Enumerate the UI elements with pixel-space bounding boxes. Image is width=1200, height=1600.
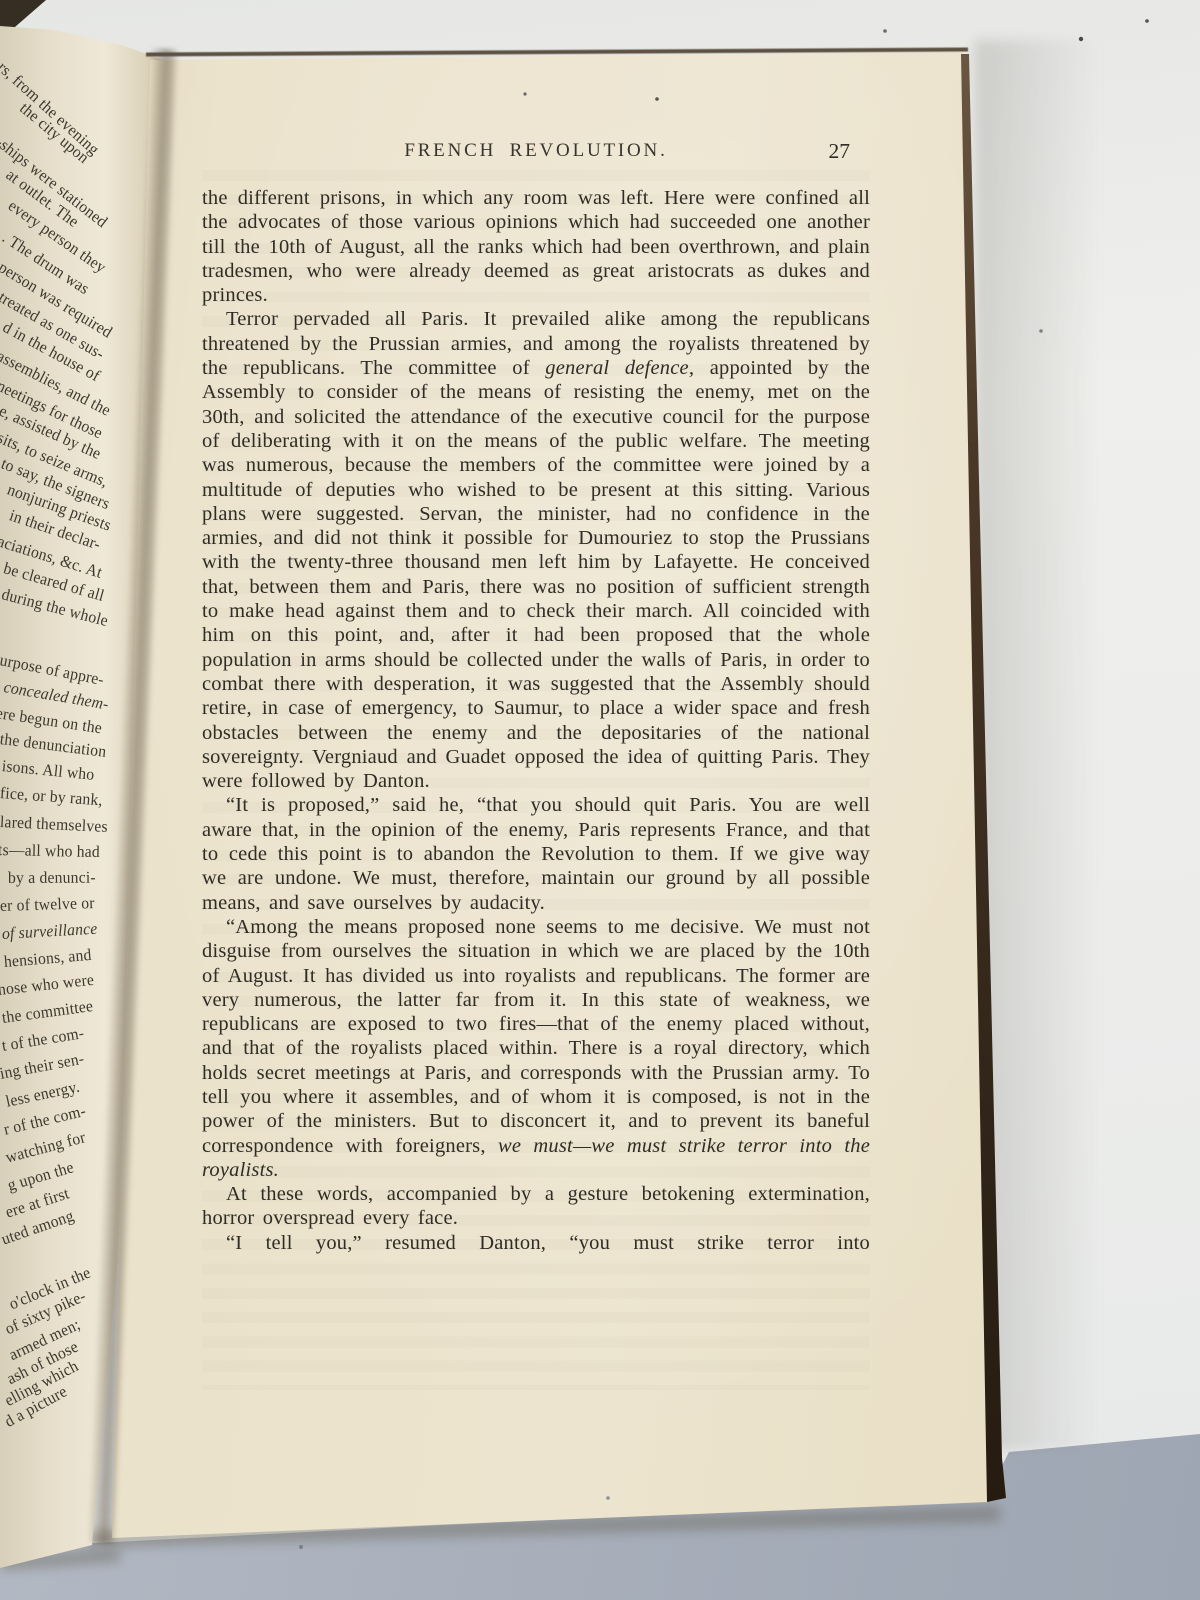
paragraph: At these words, accompanied by a gesture… xyxy=(202,1182,870,1231)
left-page-fragment: of surveillance xyxy=(1,919,98,944)
paragraph: Terror pervaded all Paris. It prevailed … xyxy=(202,307,870,793)
left-page-fragment: er of twelve or xyxy=(0,893,95,916)
left-page-fragment: fice, or by rank, xyxy=(0,783,103,810)
dust-specks xyxy=(0,0,2,2)
running-head: FRENCH REVOLUTION. xyxy=(202,140,870,162)
page-header: FRENCH REVOLUTION. 27 xyxy=(202,140,870,166)
left-page-fragment: lared themselves xyxy=(0,812,108,837)
text-block: the different prisons, in which any room… xyxy=(202,186,870,1255)
backdrop-shadow xyxy=(975,40,1135,1450)
paragraph: “It is proposed,” said he, “that you sho… xyxy=(202,793,870,914)
paragraph: “I tell you,” resumed Danton, “you must … xyxy=(202,1231,870,1255)
left-page-fragment: isons. All who xyxy=(1,756,95,785)
page-content: FRENCH REVOLUTION. 27 the different pris… xyxy=(202,140,870,1255)
paragraph: “Among the means proposed none seems to … xyxy=(202,915,870,1182)
paragraph: the different prisons, in which any room… xyxy=(202,186,870,307)
left-page-fragment: hensions, and xyxy=(3,945,92,972)
left-page-fragment: ts—all who had xyxy=(0,840,100,862)
book-photo: rs, from the eveningthe city upon-ships … xyxy=(0,0,1200,1600)
left-page-fragment: hose who were xyxy=(0,970,95,1000)
left-page-fragment: by a denunci- xyxy=(8,868,96,888)
page-number: 27 xyxy=(829,139,851,164)
